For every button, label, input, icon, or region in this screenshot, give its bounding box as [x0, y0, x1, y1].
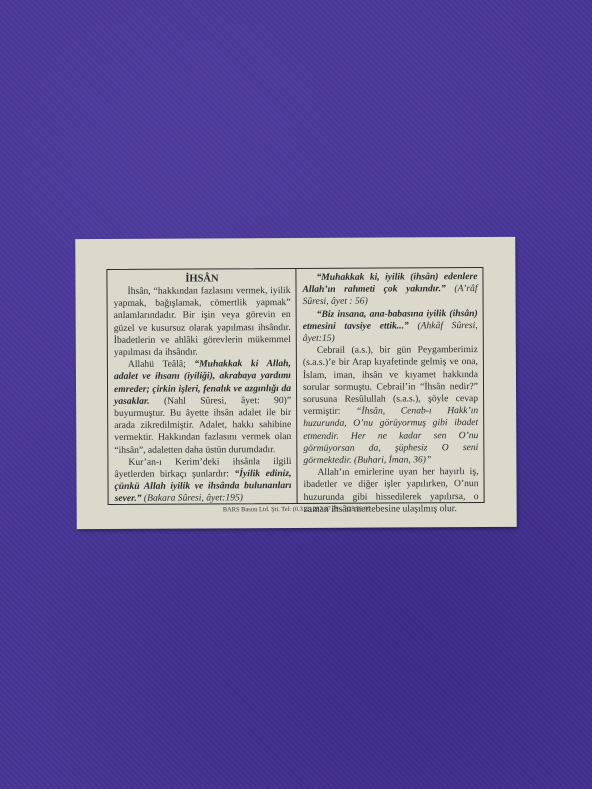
paragraph-nahl: Allahü Teâlâ; “Muhakkak ki Allah, adalet… [114, 358, 292, 457]
nahl-intro: Allahü Teâlâ; [128, 359, 194, 370]
ihsan-card: İHSÂN İhsân, “hakkından fazlasını vermek… [75, 237, 517, 529]
text-box: İHSÂN İhsân, “hakkından fazlasını vermek… [106, 267, 484, 505]
card-title: İHSÂN [113, 272, 290, 286]
paragraph-ahkaf: “Biz insana, ana-babasına iyilik (ihsân)… [303, 308, 478, 346]
bakara-ref: (Bakara Sûresi, âyet:195) [141, 493, 242, 505]
left-column: İHSÂN İhsân, “hakkından fazlasını vermek… [107, 269, 297, 504]
paragraph-definition: İhsân, “hakkından fazlasını vermek, iyil… [113, 285, 290, 359]
paragraph-cebrail: Cebrail (a.s.), bir gün Peygamberimiz (s… [303, 344, 479, 467]
right-column: “Muhakkak ki, iyilik (ihsân) edenlere Al… [296, 268, 483, 503]
paragraph-bakara: Kur’an-ı Kerim’deki ihsânla ilgili âyetl… [114, 456, 291, 506]
paragraph-araf: “Muhakkak ki, iyilik (ihsân) edenlere Al… [302, 271, 477, 309]
